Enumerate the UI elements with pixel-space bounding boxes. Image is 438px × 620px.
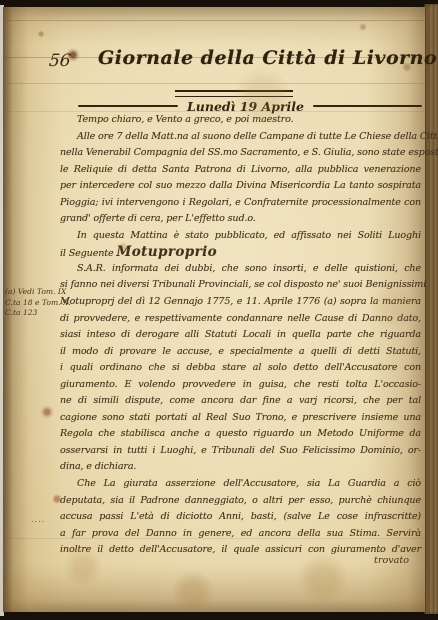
manuscript-line: grand' offerte di cera, per L'effetto su… (60, 211, 421, 228)
manuscript-line: Tempo chiaro, e Vento a greco, e poi mae… (60, 112, 421, 129)
title-double-rule (175, 90, 293, 97)
manuscript-line: per intercedere col suo mezzo dalla Divi… (60, 178, 421, 195)
margin-note: (a) Vedi Tom. IXC.ta 18 e Tom. X.C.ta 12… (5, 287, 59, 319)
manuscript-line: Regola che stabilisca anche a questo rig… (60, 426, 421, 443)
ruled-guideline (3, 20, 425, 21)
photo-background: { "page": { "number": "56", "title": "Gi… (0, 0, 438, 620)
manuscript-line: a far prova del Danno in genere, ed anco… (60, 526, 421, 543)
manuscript-line: nella Venerabil Compagnia del SS.mo Sacr… (60, 145, 421, 162)
book-fore-edge (424, 4, 438, 614)
margin-note-line: C.ta 18 e Tom. X. (5, 298, 59, 309)
manuscript-line: dina, e dichiara. (60, 459, 421, 476)
manuscript-line: giuramento. E volendo provvedere in guis… (60, 377, 421, 394)
manuscript-line: Alle ore 7 della Matt.na al suono delle … (60, 129, 421, 146)
manuscript-line: cagione sono stati portati al Real Suo T… (60, 410, 421, 427)
manuscript-line: Pioggia; ivi intervengono i Regolari, e … (60, 195, 421, 212)
manuscript-line: il modo di provare le accuse, e specialm… (60, 344, 421, 361)
journal-title: Giornale della Città di Livorno (98, 47, 400, 69)
manuscript-line: deputata, sia il Padrone danneggiato, o … (60, 493, 421, 510)
margin-dots: .... (31, 515, 45, 524)
manuscript-line: S.A.R. informata dei dubbi, che sono ins… (60, 261, 421, 278)
manuscript-line: osservarsi in tutti i Luoghi, e Tribunal… (60, 443, 421, 460)
manuscript-line: i quali ordinano che si debba stare al s… (60, 360, 421, 377)
catchword: trovato (374, 555, 409, 566)
page-number: 56 (48, 51, 72, 71)
manuscript-line: ne di simili dispute, come ancora dar fi… (60, 393, 421, 410)
manuscript-line: di provvedere, e respettivamente condann… (60, 311, 421, 328)
manuscript-page: 56 Giornale della Città di Livorno Luned… (3, 7, 425, 612)
manuscript-line: le Reliquie di detta Santa Patrona di Li… (60, 162, 421, 179)
manuscript-line: il Seguente Motuproprio (60, 244, 421, 261)
manuscript-line: Che La giurata asserzione dell'Accusator… (60, 476, 421, 493)
manuscript-line: Motuproprj del dì 12 Gennajo 1775, e 11.… (60, 294, 421, 311)
date-rule-right (313, 105, 422, 107)
manuscript-line: inoltre il detto dell'Accusatore, il qua… (60, 542, 421, 559)
margin-note-line: (a) Vedi Tom. IX (5, 287, 59, 298)
date-rule-left (78, 105, 178, 107)
body-text: Tempo chiaro, e Vento a greco, e poi mae… (60, 112, 421, 559)
manuscript-line: siasi inteso di derogare alli Statuti Lo… (60, 327, 421, 344)
margin-note-line: C.ta 123 (5, 308, 59, 319)
ruled-guideline (3, 83, 425, 84)
manuscript-line: accusa passi L'età di diciotto Anni, bas… (60, 509, 421, 526)
manuscript-line: si fanno nei diversi Tribunali Provincia… (60, 277, 421, 294)
manuscript-line: In questa Mattina è stato pubblicato, ed… (60, 228, 421, 245)
